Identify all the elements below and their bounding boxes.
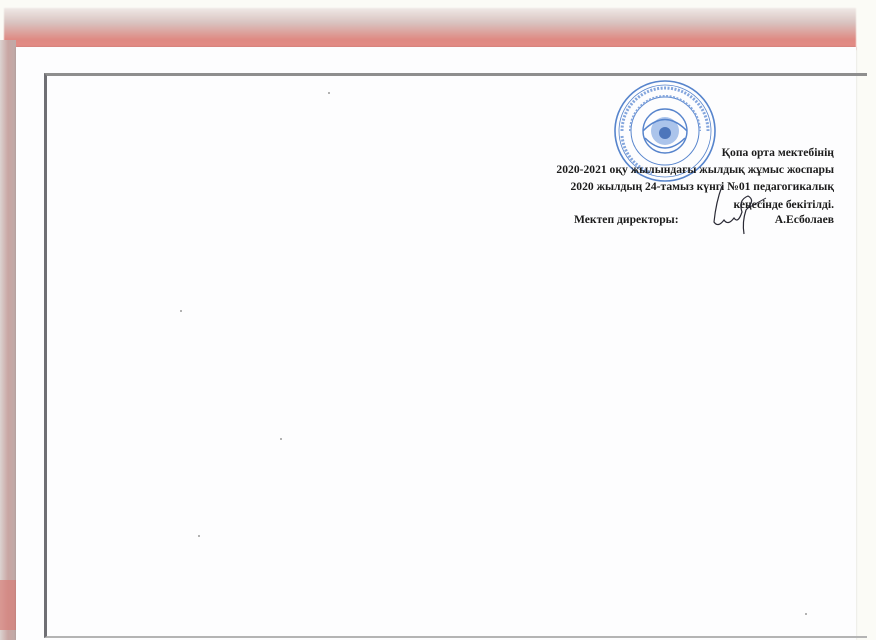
- approval-line-school: Қопа орта мектебінің: [556, 144, 834, 161]
- scan-speck: [280, 438, 282, 440]
- scan-speck: [198, 535, 200, 537]
- director-label: Мектеп директоры:: [574, 213, 679, 226]
- director-name: А.Есболаев: [775, 213, 834, 226]
- signature-icon: [708, 182, 768, 238]
- scan-edge-top: [4, 8, 856, 50]
- scan-edge-left: [0, 40, 16, 640]
- scan-speck: [328, 92, 330, 94]
- approval-line-approved: кеңесінде бекітілді.: [556, 196, 834, 213]
- approval-line-meeting: 2020 жылдың 24-тамыз күнгі №01 педагогик…: [556, 178, 834, 195]
- approval-block: Қопа орта мектебінің 2020-2021 оқу жылын…: [556, 144, 834, 213]
- scan-speck: [805, 613, 807, 615]
- scan-speck: [180, 310, 182, 312]
- approval-line-plan: 2020-2021 оқу жылындағы жылдық жұмыс жос…: [556, 161, 834, 178]
- director-signature-row: Мектеп директоры: А.Есболаев: [574, 213, 834, 226]
